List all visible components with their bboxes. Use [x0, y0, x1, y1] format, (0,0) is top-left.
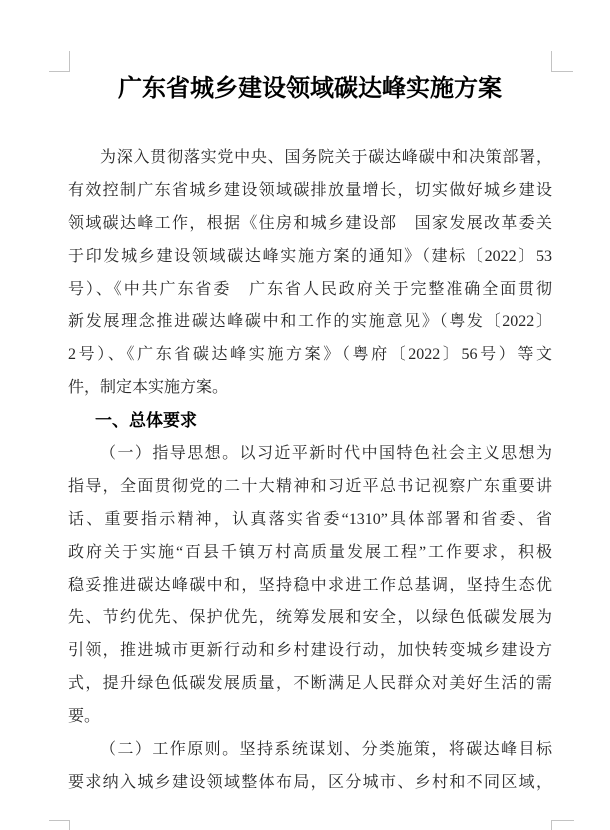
document-text-area: 广东省城乡建设领域碳达峰实施方案 为深入贯彻落实党中央、国务院关于碳达峰碳中和决… — [68, 71, 552, 107]
text-line: 稳妥推进碳达峰碳中和，坚持稳中求进工作总基调，坚持生态优 — [68, 570, 552, 603]
text-line: 号）、《中共广东省委 广东省人民政府关于完整准确全面贯彻 — [68, 274, 552, 307]
text-line: 式，提升绿色低碳发展质量，不断满足人民群众对美好生活的需 — [68, 668, 552, 701]
document-body: 为深入贯彻落实党中央、国务院关于碳达峰碳中和决策部署， 有效控制广东省城乡建设领… — [68, 142, 552, 800]
text-line: 政府关于实施“百县千镇万村高质量发展工程”工作要求，积极 — [68, 537, 552, 570]
text-line: 要。 — [68, 701, 552, 734]
text-boundary-mark-top-right — [551, 51, 573, 72]
document-title: 广东省城乡建设领域碳达峰实施方案 — [68, 71, 552, 107]
text-boundary-mark-top-left — [49, 51, 70, 72]
text-line: 有效控制广东省城乡建设领域碳排放量增长，切实做好城乡建设 — [68, 175, 552, 208]
text-line: 件，制定本实施方案。 — [68, 372, 552, 405]
text-line: 2号）、《广东省碳达峰实施方案》（粤府〔2022〕56号）等文 — [68, 339, 552, 372]
text-line: 引领，推进城市更新行动和乡村建设行动，加快转变城乡建设方 — [68, 635, 552, 668]
section-heading: 一、总体要求 — [68, 405, 552, 438]
text-line: 新发展理念推进碳达峰碳中和工作的实施意见》（粤发〔2022〕 — [68, 306, 552, 339]
text-line: 指导，全面贯彻党的二十大精神和习近平总书记视察广东重要讲 — [68, 471, 552, 504]
text-boundary-mark-bottom-right — [551, 820, 574, 830]
text-boundary-mark-bottom-left — [49, 820, 70, 830]
text-line: （一）指导思想。以习近平新时代中国特色社会主义思想为 — [68, 438, 552, 471]
text-line: 要求纳入城乡建设领域整体布局，区分城市、乡村和不同区域， — [68, 767, 552, 800]
text-line: （二）工作原则。坚持系统谋划、分类施策，将碳达峰目标 — [68, 734, 552, 767]
document-page: 广东省城乡建设领域碳达峰实施方案 为深入贯彻落实党中央、国务院关于碳达峰碳中和决… — [0, 0, 610, 830]
text-line: 先、节约优先、保护优先，统筹发展和安全，以绿色低碳发展为 — [68, 602, 552, 635]
text-line: 于印发城乡建设领域碳达峰实施方案的通知》（建标〔2022〕53 — [68, 241, 552, 274]
text-line: 领域碳达峰工作，根据《住房和城乡建设部 国家发展改革委关 — [68, 208, 552, 241]
text-line: 话、重要指示精神，认真落实省委“1310”具体部署和省委、省 — [68, 504, 552, 537]
text-line: 为深入贯彻落实党中央、国务院关于碳达峰碳中和决策部署， — [68, 142, 552, 175]
